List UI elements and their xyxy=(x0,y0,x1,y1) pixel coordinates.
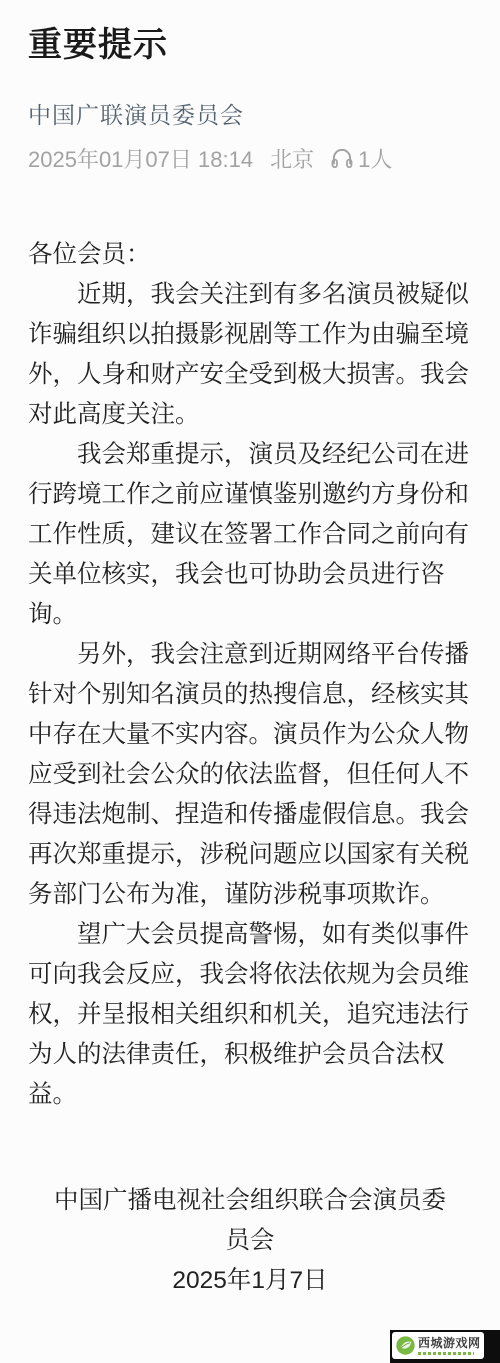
article-page: 重要提示 中国广联演员委员会 2025年01月07日 18:14 北京 1人 各… xyxy=(0,0,500,1301)
listen-control[interactable]: 1人 xyxy=(329,143,392,174)
listen-count: 1人 xyxy=(358,143,392,174)
leaf-icon xyxy=(395,1335,416,1356)
signature-block: 中国广播电视社会组织联合会演员委员会 2025年1月7日 xyxy=(28,1181,472,1301)
paragraph-1: 近期，我会关注到有多名演员被疑似诈骗组织以拍摄影视剧等工作为由骗至境外，人身和财… xyxy=(28,275,472,435)
paragraph-4: 望广大会员提高警惕，如有类似事件可向我会反应，我会将依法依规为会员维权，并呈报相… xyxy=(28,915,472,1115)
site-watermark: 西城游戏网 xyxy=(390,1330,500,1363)
account-name-link[interactable]: 中国广联演员委员会 xyxy=(28,97,472,130)
headphones-icon xyxy=(329,145,355,171)
watermark-badge: 西城游戏网 xyxy=(392,1332,484,1359)
watermark-text-column: 西城游戏网 xyxy=(418,1337,481,1355)
publish-date: 2025年01月07日 18:14 xyxy=(28,143,253,174)
paragraph-3: 另外，我会注意到近期网络平台传播针对个别知名演员的热搜信息，经核实其中存在大量不… xyxy=(28,635,472,915)
publish-location: 北京 xyxy=(270,143,314,174)
meta-row: 2025年01月07日 18:14 北京 1人 xyxy=(28,143,472,174)
watermark-site-name: 西城游戏网 xyxy=(418,1337,481,1350)
paragraph-2: 我会郑重提示，演员及经纪公司在进行跨境工作之前应谨慎鉴别邀约方身份和工作性质，建… xyxy=(28,435,472,635)
signature-date: 2025年1月7日 xyxy=(28,1261,472,1301)
article-body: 各位会员： 近期，我会关注到有多名演员被疑似诈骗组织以拍摄影视剧等工作为由骗至境… xyxy=(28,235,472,1301)
salutation: 各位会员： xyxy=(28,235,472,275)
signature-name: 中国广播电视社会组织联合会演员委员会 xyxy=(50,1181,450,1261)
watermark-caption xyxy=(418,1352,474,1355)
page-title: 重要提示 xyxy=(28,24,472,67)
